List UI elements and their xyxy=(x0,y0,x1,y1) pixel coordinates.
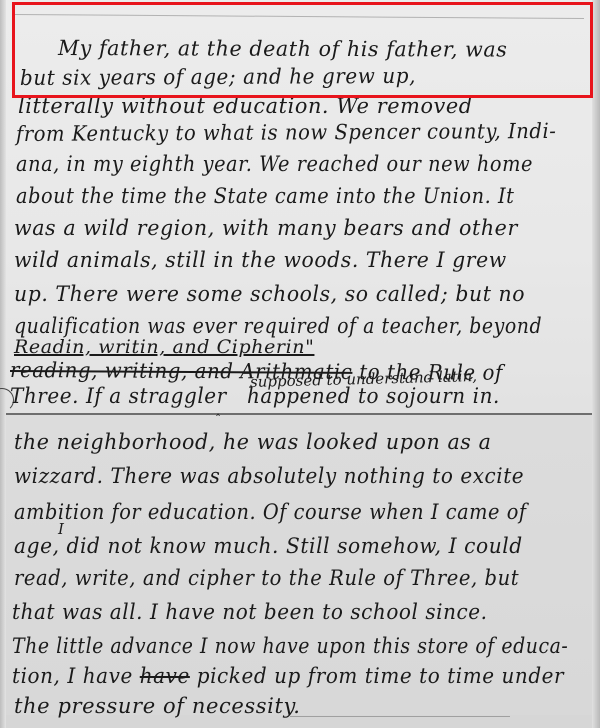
manuscript-line-7: was a wild region, with many bears and o… xyxy=(14,216,518,240)
manuscript-line-22: the pressure of necessity. xyxy=(14,694,301,718)
manuscript-line-18: read, write, and cipher to the Rule of T… xyxy=(14,566,519,590)
manuscript-line-11-quoted-phrase: Readin, writin, and Cipherin" xyxy=(14,336,314,358)
manuscript-line-8: wild animals, still in the woods. There … xyxy=(14,248,507,272)
manuscript-line-14: the neighborhood, he was looked upon as … xyxy=(14,430,491,454)
manuscript-line-5: ana, in my eighth year. We reached our n… xyxy=(16,152,533,176)
manuscript-line-20: The little advance I now have upon this … xyxy=(12,634,568,658)
manuscript-line-17: age, did not know much. Still somehow, I… xyxy=(14,534,523,558)
manuscript-line-2: but six years of age; and he grew up, xyxy=(20,64,416,90)
manuscript-line-13: Three. If a straggler happened to sojour… xyxy=(10,384,500,408)
manuscript-line-3: litterally without education. We removed xyxy=(18,94,473,118)
manuscript-line-15: wizzard. There was absolutely nothing to… xyxy=(14,464,524,488)
manuscript-line-9: up. There were some schools, so called; … xyxy=(14,282,525,306)
manuscript-line-1: My father, at the death of his father, w… xyxy=(58,36,507,62)
manuscript-line-19: that was all. I have not been to school … xyxy=(12,600,488,624)
struck-word: have xyxy=(140,664,190,688)
line-13-part-a: Three. If a straggler xyxy=(10,384,227,408)
manuscript-line-21: tion, I have have picked up from time to… xyxy=(12,664,564,688)
page-right-edge xyxy=(592,0,600,728)
manuscript-line-10: qualification was ever required of a tea… xyxy=(14,314,542,338)
manuscript-line-4: from Kentucky to what is now Spencer cou… xyxy=(16,119,557,146)
page-left-edge xyxy=(0,0,6,728)
manuscript-page: My father, at the death of his father, w… xyxy=(0,0,600,728)
line-13-part-b: happened to sojourn in. xyxy=(247,384,500,408)
manuscript-line-16: ambition for education. Of course when I… xyxy=(14,500,527,524)
manuscript-line-6: about the time the State came into the U… xyxy=(16,184,514,208)
bottom-rule-line xyxy=(290,716,510,717)
line-21-part-b: picked up from time to time under xyxy=(190,664,564,688)
line-21-part-a: tion, I have xyxy=(12,664,140,688)
